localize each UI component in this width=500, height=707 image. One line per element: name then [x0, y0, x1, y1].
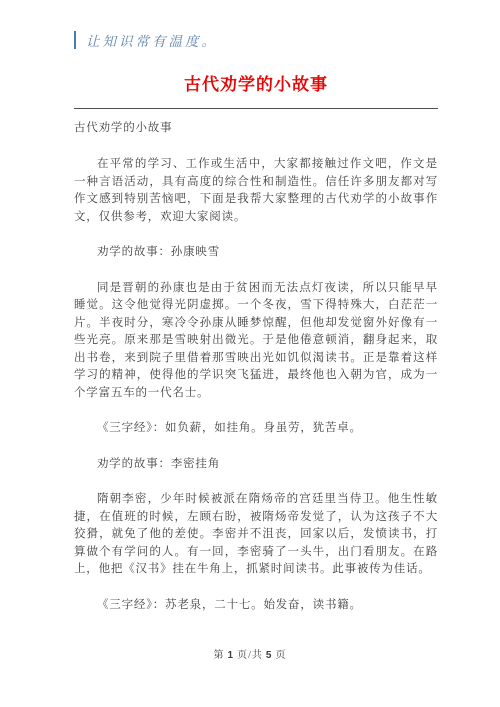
paragraph-limi-story: 隋朝李密，少年时候被派在隋炀帝的宫廷里当侍卫。他生性敏捷，在值班的时候，左顾右盼…	[74, 491, 438, 579]
tagline-text: 让知识常有温度。	[86, 30, 218, 50]
section-heading-limi: 劝学的故事：李密挂角	[74, 456, 438, 474]
footer-total-pages: 5	[263, 650, 276, 661]
footer-suffix: 页	[275, 650, 286, 661]
paragraph-sunkang-story: 同是晋朝的孙康也是由于贫困而无法点灯夜读，所以只能早早睡觉。这令他觉得光阴虚掷。…	[74, 280, 438, 403]
quote-sanzijing-2: 《三字经》：苏老泉，二十七。始发奋，读书籍。	[74, 597, 438, 615]
document-subtitle: 古代劝学的小故事	[74, 120, 438, 136]
paragraph-intro: 在平常的学习、工作或生活中，大家都接触过作文吧，作文是一种言语活动，具有高度的综…	[74, 156, 438, 226]
header-tagline: 让知识常有温度。	[74, 30, 438, 50]
section-heading-sunkang: 劝学的故事：孙康映雪	[74, 244, 438, 262]
footer-infix: 页/共	[237, 650, 263, 661]
document-title: 古代劝学的小故事	[74, 74, 438, 95]
document-body: 在平常的学习、工作或生活中，大家都接触过作文吧，作文是一种言语活动，具有高度的综…	[74, 156, 438, 614]
footer-current-page: 1	[225, 650, 238, 661]
document-content: 让知识常有温度。 古代劝学的小故事 古代劝学的小故事 在平常的学习、工作或生活中…	[0, 0, 500, 614]
title-divider	[74, 108, 438, 109]
document-page: 让知识常有温度。 古代劝学的小故事 古代劝学的小故事 在平常的学习、工作或生活中…	[0, 0, 500, 707]
page-footer: 第1页/共5页	[0, 646, 500, 661]
footer-prefix: 第	[214, 650, 225, 661]
tagline-accent-bar	[74, 31, 76, 49]
quote-sanzijing-1: 《三字经》：如负薪，如挂角。身虽劳，犹苦卓。	[74, 420, 438, 438]
